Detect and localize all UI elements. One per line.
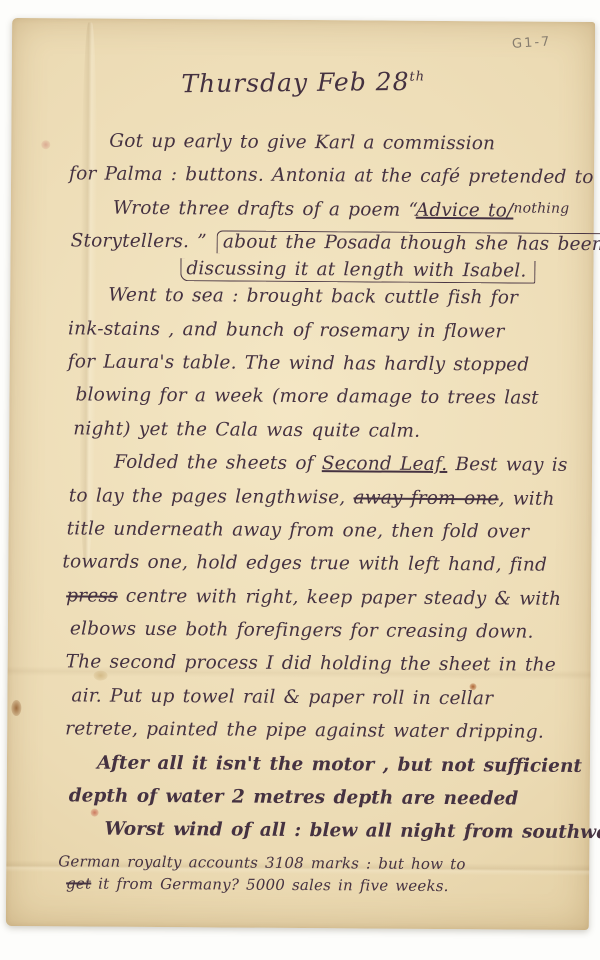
text-segment: Went to sea : brought back cuttle fish f…: [108, 285, 518, 309]
text-segment: retrete, painted the pipe against water …: [65, 719, 544, 743]
text-segment: elbows use both forefingers for creasing…: [70, 618, 534, 642]
text-segment-strike: get: [66, 874, 91, 892]
diary-page: G1-7 Thursday Feb 28th Got up early to g…: [6, 18, 595, 930]
text-segment: blowing for a week (more damage to trees…: [75, 385, 538, 409]
text-segment: depth of water 2 metres depth are needed: [69, 785, 519, 809]
text-line: night) yet the Cala was quite calm.: [59, 418, 579, 455]
text-segment: Worst wind of all : blew all night from …: [104, 819, 600, 844]
text-segment: to lay the pages lengthwise,: [69, 485, 354, 508]
manuscript-photo: G1-7 Thursday Feb 28th Got up early to g…: [0, 0, 600, 960]
text-segment: Folded the sheets of: [114, 452, 322, 474]
text-line: title underneath away from one, then fol…: [58, 518, 578, 555]
text-segment-box-top: about the Posada though she has been: [217, 231, 600, 257]
date-ordinal-suffix: th: [409, 69, 425, 84]
text-segment: Storytellers. ”: [71, 231, 215, 253]
ink-stain: [41, 140, 50, 149]
text-line: for Palma : buttons. Antonia at the café…: [61, 164, 581, 201]
text-line: depth of water 2 metres depth are needed: [57, 785, 577, 822]
text-segment: ink-stains , and bunch of rosemary in fl…: [68, 318, 505, 342]
entry-date-title: Thursday Feb 28th: [12, 65, 595, 100]
text-line: air. Put up towel rail & paper roll in c…: [57, 685, 577, 722]
text-segment: for Laura's table. The wind has hardly s…: [68, 351, 530, 375]
text-segment: The second process I did holding the she…: [66, 652, 556, 676]
text-line: towards one, hold edges true with left h…: [58, 552, 578, 589]
text-segment: air. Put up towel rail & paper roll in c…: [71, 685, 493, 709]
text-line: After all it isn't the motor , but not s…: [57, 752, 577, 789]
text-segment-strike: away from one: [353, 487, 498, 509]
text-segment: title underneath away from one, then fol…: [67, 518, 530, 542]
text-line: Wrote three drafts of a poem “Advice to/…: [61, 197, 581, 234]
text-segment: German royalty accounts 3108 marks : but…: [58, 852, 465, 873]
text-line: blowing for a week (more damage to trees…: [59, 385, 579, 422]
text-segment: After all it isn't the motor , but not s…: [97, 752, 582, 776]
text-line: elbows use both forefingers for creasing…: [58, 618, 578, 655]
text-line: Got up early to give Karl a commission: [61, 130, 581, 167]
text-segment: centre with right, keep paper steady & w…: [118, 585, 562, 609]
text-segment: night) yet the Cala was quite calm.: [73, 418, 420, 441]
text-line: Storytellers. ” about the Posada though …: [61, 230, 581, 261]
text-segment-strike: press: [66, 585, 118, 606]
ink-stain: [11, 700, 21, 716]
text-segment-underline: Second Leaf.: [322, 453, 448, 475]
text-line: Went to sea : brought back cuttle fish f…: [60, 284, 580, 321]
text-line: for Laura's table. The wind has hardly s…: [60, 351, 580, 388]
text-segment: it from Germany? 5000 sales in five week…: [91, 874, 449, 894]
text-line: Worst wind of all : blew all night from …: [56, 819, 576, 856]
text-segment-inserted: nothing: [513, 200, 569, 216]
text-line: to lay the pages lengthwise, away from o…: [59, 485, 579, 522]
text-segment-box-bottom: discussing it at length with Isabel.: [180, 258, 535, 283]
text-segment: , with: [499, 488, 555, 509]
entry-date-text: Thursday Feb 28: [181, 67, 409, 98]
text-line: discussing it at length with Isabel.: [60, 257, 580, 288]
text-line: press centre with right, keep paper stea…: [58, 585, 578, 622]
text-segment: Best way is: [447, 454, 567, 476]
text-line: ink-stains , and bunch of rosemary in fl…: [60, 318, 580, 355]
text-segment-underline: Advice to/: [416, 200, 514, 222]
text-segment: for Palma : buttons. Antonia at the café…: [69, 164, 600, 189]
manuscript-lines: Got up early to give Karl a commissionfo…: [56, 130, 581, 899]
text-segment: towards one, hold edges true with left h…: [62, 552, 547, 576]
text-segment: Got up early to give Karl a commission: [109, 131, 495, 155]
text-segment: Wrote three drafts of a poem “: [113, 197, 416, 220]
text-line: retrete, painted the pipe against water …: [57, 719, 577, 756]
text-line: Folded the sheets of Second Leaf. Best w…: [59, 451, 579, 488]
catalog-pencil-mark: G1-7: [511, 34, 551, 51]
text-line: The second process I did holding the she…: [58, 652, 578, 689]
text-line: get it from Germany? 5000 sales in five …: [56, 874, 576, 900]
